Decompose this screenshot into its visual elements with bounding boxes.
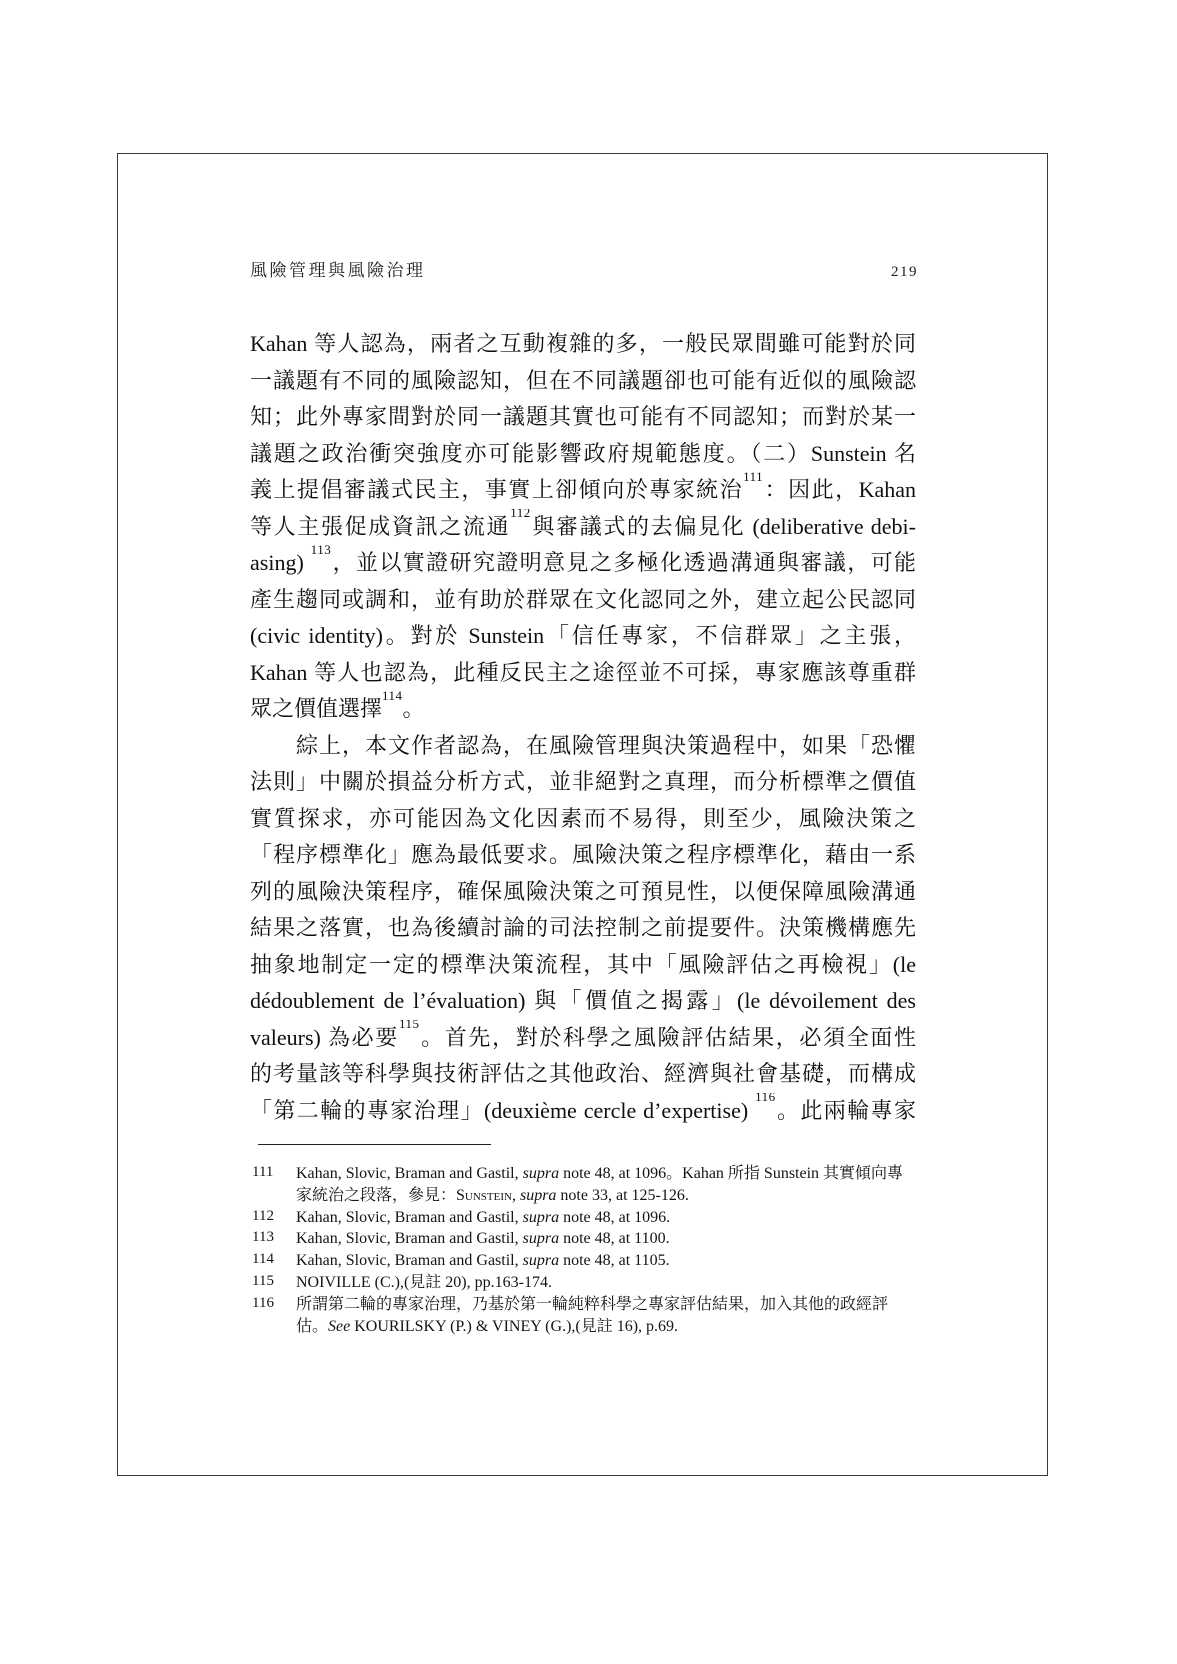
footnote-text: Kahan, Slovic, Braman and Gastil, supra …: [296, 1228, 918, 1250]
body-line: 「程序標準化」應為最低要求。風險決策之程序標準化，藉由一系: [250, 837, 916, 874]
footnote-separator: [258, 1144, 491, 1145]
page-number: 219: [891, 264, 918, 281]
body-line: 義上提倡審議式民主，事實上卻傾向於專家統治111：因此，Kahan: [250, 472, 916, 509]
body-line: 法則」中關於損益分析方式，並非絕對之真理，而分析標準之價值: [250, 764, 916, 801]
body-line: 知；此外專家間對於同一議題其實也可能有不同認知；而對於某一: [250, 399, 916, 436]
body-line: 等人主張促成資訊之流通112與審議式的去偏見化 (deliberative de…: [250, 509, 916, 546]
body-line: 結果之落實，也為後續討論的司法控制之前提要件。決策機構應先: [250, 910, 916, 947]
body-line: 實質探求，亦可能因為文化因素而不易得，則至少，風險決策之: [250, 801, 916, 838]
footnote-ref-111: 111: [743, 472, 763, 484]
body-line: 議題之政治衝突強度亦可能影響政府規範態度。（二）Sunstein 名: [250, 436, 916, 473]
footnote-number: 111: [252, 1162, 296, 1184]
footnote-number: 116: [252, 1293, 296, 1315]
body-line: 產生趨同或調和，並有助於群眾在文化認同之外，建立起公民認同: [250, 582, 916, 619]
body-line: 抽象地制定一定的標準決策流程，其中「風險評估之再檢視」(le: [250, 947, 916, 984]
footnote-number: 115: [252, 1271, 296, 1293]
body-line: (civic identity)。對於 Sunstein「信任專家，不信群眾」之…: [250, 618, 916, 655]
footnote-text: NOIVILLE (C.),(見註 20), pp.163-174.: [296, 1272, 918, 1294]
body-line: 列的風險決策程序，確保風險決策之可預見性，以便保障風險溝通: [250, 874, 916, 911]
body-text: Kahan 等人認為，兩者之互動複雜的多，一般民眾間雖可能對於同一議題有不同的風…: [250, 326, 916, 1129]
footnote-ref-115: 115: [399, 1020, 420, 1032]
footnote-text: Kahan, Slovic, Braman and Gastil, supra …: [296, 1207, 918, 1229]
page-title: 風險管理與風險治理: [250, 256, 426, 281]
footnote-111: 111Kahan, Slovic, Braman and Gastil, sup…: [252, 1163, 918, 1207]
body-line: valeurs) 為必要115。首先，對於科學之風險評估結果，必須全面性: [250, 1020, 916, 1057]
page-header: 風險管理與風險治理 219: [250, 256, 918, 281]
footnote-number: 113: [252, 1227, 296, 1249]
body-line: 眾之價值選擇114。: [250, 691, 916, 728]
footnotes-list: 111Kahan, Slovic, Braman and Gastil, sup…: [252, 1163, 918, 1337]
footnote-ref-114: 114: [382, 691, 403, 703]
footnote-ref-116: 116: [755, 1093, 776, 1105]
footnote-ref-113: 113: [311, 545, 332, 557]
body-line: 一議題有不同的風險認知，但在不同議題卻也可能有近似的風險認: [250, 363, 916, 400]
body-line: 的考量該等科學與技術評估之其他政治、經濟與社會基礎，而構成: [250, 1056, 916, 1093]
footnote-113: 113Kahan, Slovic, Braman and Gastil, sup…: [252, 1228, 918, 1250]
footnote-number: 114: [252, 1249, 296, 1271]
body-line: dédoublement de l’évaluation) 與「價值之揭露」(l…: [250, 983, 916, 1020]
footnote-text: Kahan, Slovic, Braman and Gastil, supra …: [296, 1250, 918, 1272]
footnote-115: 115NOIVILLE (C.),(見註 20), pp.163-174.: [252, 1272, 918, 1294]
body-line: asing) 113，並以實證研究證明意見之多極化透過溝通與審議，可能: [250, 545, 916, 582]
footnote-number: 112: [252, 1206, 296, 1228]
footnote-116: 116所謂第二輪的專家治理，乃基於第一輪純粹科學之專家評估結果，加入其他的政經評…: [252, 1294, 918, 1338]
footnote-ref-112: 112: [510, 509, 531, 521]
body-line: 綜上，本文作者認為，在風險管理與決策過程中，如果「恐懼: [250, 728, 916, 765]
footnote-112: 112Kahan, Slovic, Braman and Gastil, sup…: [252, 1207, 918, 1229]
body-line: 「第二輪的專家治理」(deuxième cercle d’expertise) …: [250, 1093, 916, 1130]
footnote-text: Kahan, Slovic, Braman and Gastil, supra …: [296, 1163, 918, 1207]
body-line: Kahan 等人也認為，此種反民主之途徑並不可採，專家應該尊重群: [250, 655, 916, 692]
footnote-114: 114Kahan, Slovic, Braman and Gastil, sup…: [252, 1250, 918, 1272]
body-line: Kahan 等人認為，兩者之互動複雜的多，一般民眾間雖可能對於同: [250, 326, 916, 363]
footnote-text: 所謂第二輪的專家治理，乃基於第一輪純粹科學之專家評估結果，加入其他的政經評估。S…: [296, 1294, 918, 1338]
